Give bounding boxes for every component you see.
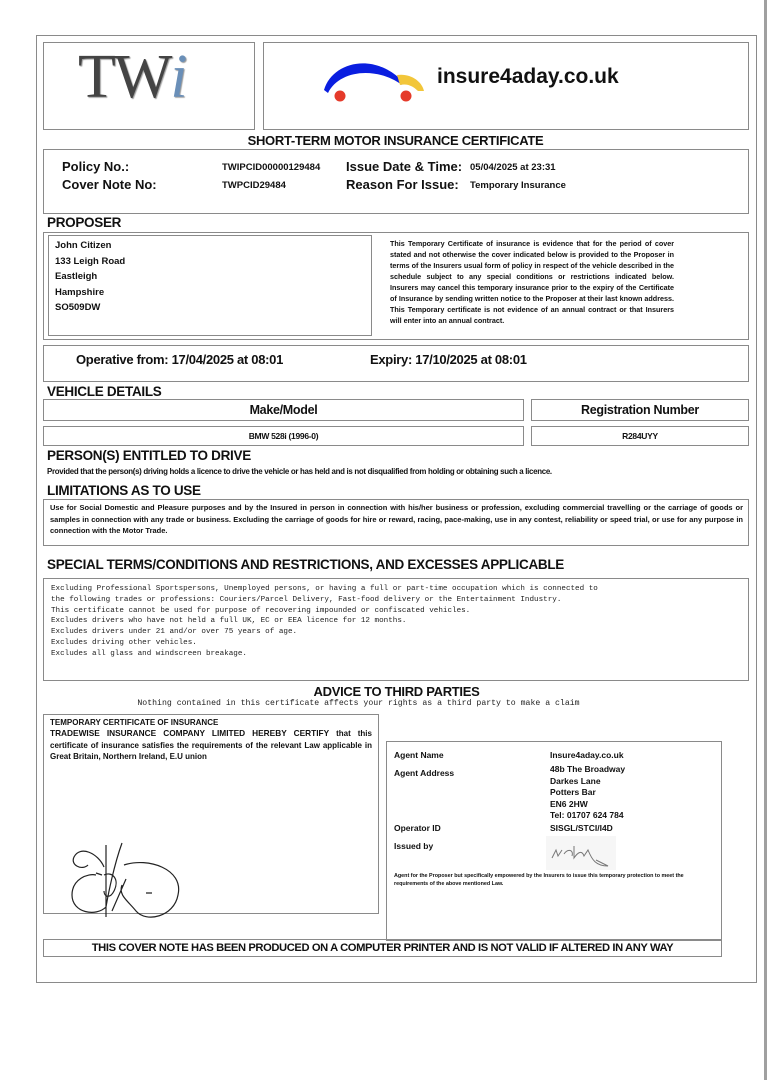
limitations-text: Use for Social Domestic and Pleasure pur… xyxy=(50,502,743,537)
special-terms-list: Excluding Professional Sportspersons, Un… xyxy=(51,584,598,660)
term-line: Excludes driving other vehicles. xyxy=(51,638,598,649)
agent-address-line: EN6 2HW xyxy=(550,799,625,811)
registration-label: Registration Number xyxy=(531,403,749,417)
car-logo-icon xyxy=(318,55,428,105)
certify-text: TEMPORARY CERTIFICATE OF INSURANCE TRADE… xyxy=(50,717,372,763)
term-line: Excluding Professional Sportspersons, Un… xyxy=(51,584,598,595)
advice-subtext: Nothing contained in this certificate af… xyxy=(36,699,681,708)
registration-value: R284UYY xyxy=(531,431,749,441)
expiry: Expiry: 17/10/2025 at 08:01 xyxy=(370,352,527,367)
term-line: Excludes drivers under 21 and/or over 75… xyxy=(51,627,598,638)
address-line: John Citizen xyxy=(55,238,125,254)
certify-company: TRADEWISE INSURANCE COMPANY LIMITED HERE… xyxy=(50,728,329,738)
address-line: Eastleigh xyxy=(55,269,125,285)
agent-address-line: 48b The Broadway xyxy=(550,764,625,776)
proposer-notice: This Temporary Certificate of insurance … xyxy=(390,238,674,326)
term-line: Excludes drivers who have not held a ful… xyxy=(51,616,598,627)
policy-no-label: Policy No.: xyxy=(62,159,129,174)
term-line: This certificate cannot be used for purp… xyxy=(51,606,598,617)
persons-text: Provided that the person(s) driving hold… xyxy=(47,467,552,476)
agent-footnote: Agent for the Proposer but specifically … xyxy=(394,873,714,888)
special-terms-heading: SPECIAL TERMS/CONDITIONS AND RESTRICTION… xyxy=(47,557,564,572)
operator-id-value: SISGL/STCI/I4D xyxy=(550,823,613,833)
make-model-label: Make/Model xyxy=(43,403,524,417)
proposer-heading: PROPOSER xyxy=(47,215,121,230)
policy-no-value: TWIPCID00000129484 xyxy=(222,162,320,173)
address-line: SO509DW xyxy=(55,300,125,316)
address-line: 133 Leigh Road xyxy=(55,254,125,270)
agent-address-line: Darkes Lane xyxy=(550,776,625,788)
proposer-address: John Citizen 133 Leigh Road Eastleigh Ha… xyxy=(55,238,125,316)
agent-name-label: Agent Name xyxy=(394,750,444,760)
agent-address: 48b The Broadway Darkes Lane Potters Bar… xyxy=(550,764,625,822)
issue-date-label: Issue Date & Time: xyxy=(346,159,462,174)
issue-date-value: 05/04/2025 at 23:31 xyxy=(470,162,556,173)
operative-from: Operative from: 17/04/2025 at 08:01 xyxy=(76,352,283,367)
agent-name-value: Insure4aday.co.uk xyxy=(550,750,624,760)
reason-value: Temporary Insurance xyxy=(470,180,566,191)
address-line: Hampshire xyxy=(55,285,125,301)
limitations-heading: LIMITATIONS AS TO USE xyxy=(47,483,201,498)
agent-address-label: Agent Address xyxy=(394,768,454,778)
insurer-signature-icon xyxy=(66,835,206,925)
broker-brand-name: insure4aday.co.uk xyxy=(437,65,619,89)
agent-signature-icon xyxy=(546,836,616,870)
persons-heading: PERSON(S) ENTITLED TO DRIVE xyxy=(47,448,251,463)
vehicle-heading: VEHICLE DETAILS xyxy=(47,384,162,399)
agent-address-line: Potters Bar xyxy=(550,787,625,799)
cover-note-value: TWPCID29484 xyxy=(222,180,286,191)
insurer-logo: TWi xyxy=(78,42,186,113)
cover-note-label: Cover Note No: xyxy=(62,177,157,192)
certificate-title: SHORT-TERM MOTOR INSURANCE CERTIFICATE xyxy=(0,133,767,148)
operator-id-label: Operator ID xyxy=(394,823,441,833)
term-line: the following trades or professions: Cou… xyxy=(51,595,598,606)
reason-label: Reason For Issue: xyxy=(346,177,459,192)
issued-by-label: Issued by xyxy=(394,841,433,851)
footer-notice: THIS COVER NOTE HAS BEEN PRODUCED ON A C… xyxy=(43,942,722,954)
make-model-value: BMW 528i (1996-0) xyxy=(43,431,524,441)
advice-heading: ADVICE TO THIRD PARTIES xyxy=(36,684,757,699)
term-line: Excludes all glass and windscreen breaka… xyxy=(51,649,598,660)
certify-title: TEMPORARY CERTIFICATE OF INSURANCE xyxy=(50,717,372,728)
agent-address-line: Tel: 01707 624 784 xyxy=(550,810,625,822)
